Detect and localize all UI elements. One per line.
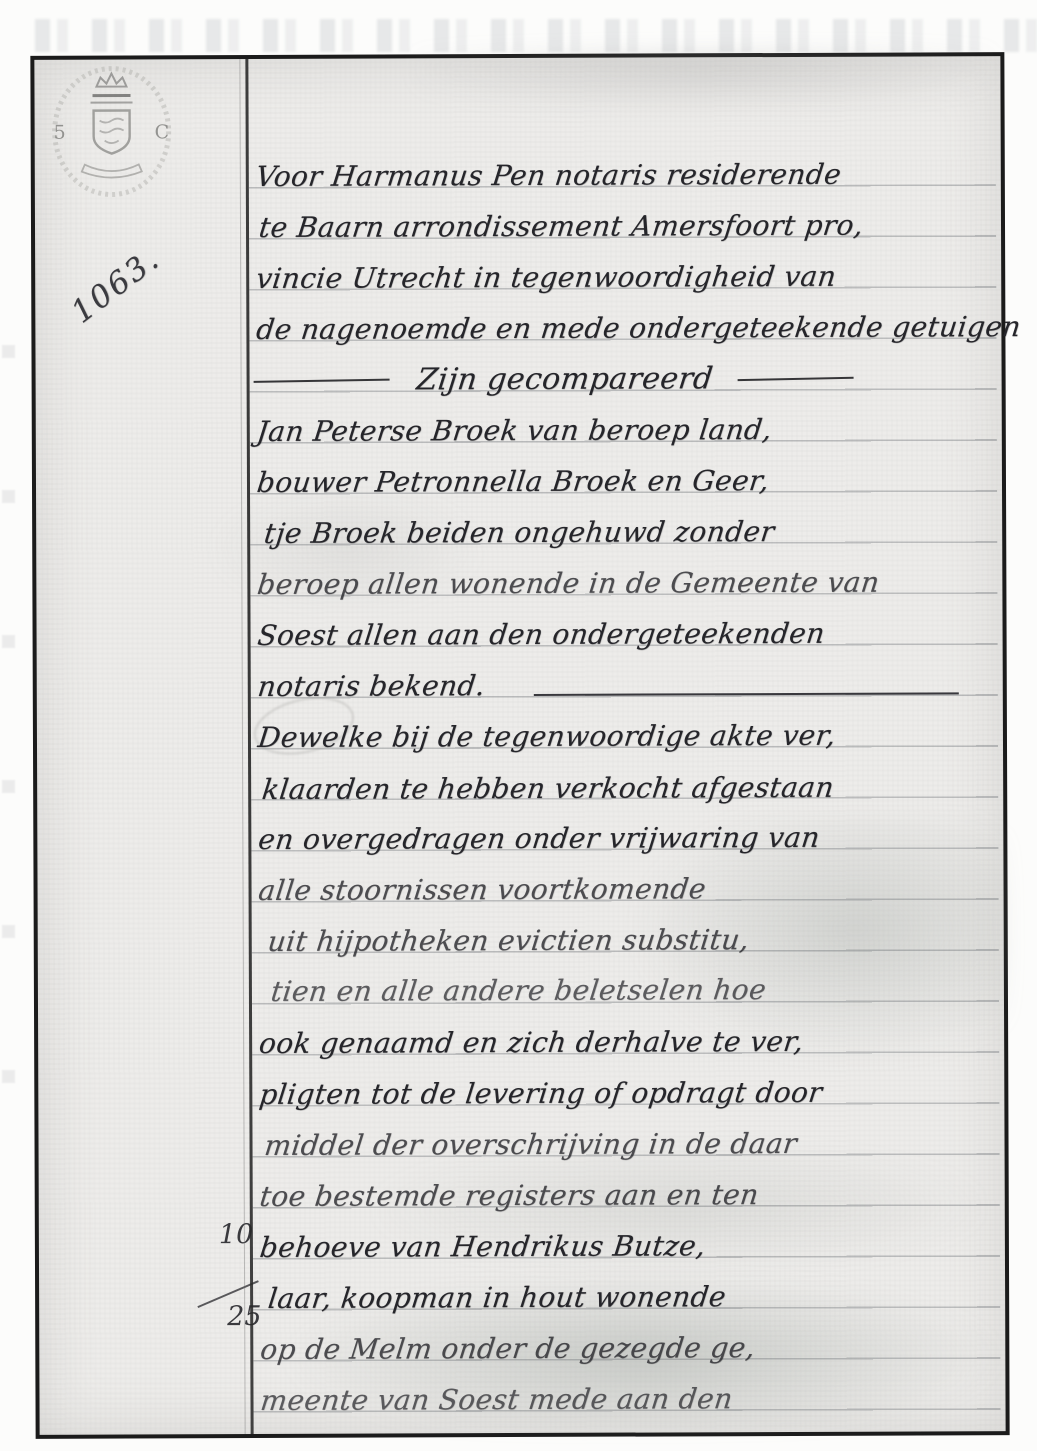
heading-rule-left <box>254 378 390 382</box>
manuscript-line: vincie Utrecht in tegenwoordigheid van <box>253 250 995 304</box>
manuscript-line: Voor Harmanus Pen notaris residerende <box>253 148 995 202</box>
scanned-notarial-deed-page: 5 C 1063. 10 25 Voor Harmanus Pen notari… <box>0 0 1037 1451</box>
manuscript-line: Soest allen aan den ondergeteekenden <box>254 607 996 661</box>
manuscript-line: klaarden te hebben verkocht afgestaan <box>255 761 997 815</box>
manuscript-line: tje Broek beiden ongehuwd zonder <box>254 505 996 559</box>
manuscript-line: Dewelke bij de tegenwoordige akte ver, <box>255 709 997 763</box>
manuscript-line: laar, koopman in hout wonende <box>257 1270 999 1324</box>
manuscript-line: middel der overschrijving in de daar <box>256 1117 998 1171</box>
manuscript-line: te Baarn arrondissement Amersfoort pro, <box>253 199 995 253</box>
manuscript-line: beroep allen wonende in de Gemeente van <box>254 556 996 610</box>
scan-smudge <box>414 48 994 112</box>
heading-rule-right <box>738 376 854 380</box>
manuscript-line: uit hijpotheken evictien substitu, <box>256 913 998 967</box>
deed-sheet: 5 C 1063. 10 25 Voor Harmanus Pen notari… <box>30 52 1009 1439</box>
manuscript-line: meente van Soest mede aan den <box>257 1372 999 1426</box>
manuscript-line: op de Melm onder de gezegde ge, <box>257 1321 999 1375</box>
fraction-numerator: 10 <box>219 1219 253 1250</box>
manuscript-text: Voor Harmanus Pen notaris residerende te… <box>253 148 1000 1426</box>
stamp-right-glyph: C <box>155 121 170 143</box>
manuscript-line: ook genaamd en zich derhalve te ver, <box>256 1015 998 1069</box>
manuscript-line: bouwer Petronnella Broek en Geer, <box>254 454 996 508</box>
stamp-left-glyph: 5 <box>54 122 66 144</box>
act-number: 1063. <box>65 241 167 331</box>
bleedthrough-text-band <box>26 19 1037 52</box>
manuscript-line: behoeve van Hendrikus Butze, <box>257 1219 999 1273</box>
manuscript-line: en overgedragen onder vrijwaring van <box>255 811 997 865</box>
comparution-heading: Zijn gecompareerd <box>253 352 995 406</box>
manuscript-line: de nagenoemde en mede ondergeteekende ge… <box>253 301 995 355</box>
manuscript-line: alle stoornissen voortkomende <box>255 862 997 916</box>
manuscript-line: tien en alle andere beletselen hoe <box>256 963 998 1017</box>
left-edge-bleed-marks <box>2 345 15 1155</box>
embossed-revenue-stamp-icon: 5 C <box>50 64 173 198</box>
manuscript-line: pligten tot de levering of opdragt door <box>256 1066 998 1120</box>
manuscript-line: toe bestemde registers aan en ten <box>257 1168 999 1222</box>
manuscript-line: notaris bekend. <box>255 658 997 712</box>
manuscript-line: Jan Peterse Broek van beroep land, <box>254 403 996 457</box>
